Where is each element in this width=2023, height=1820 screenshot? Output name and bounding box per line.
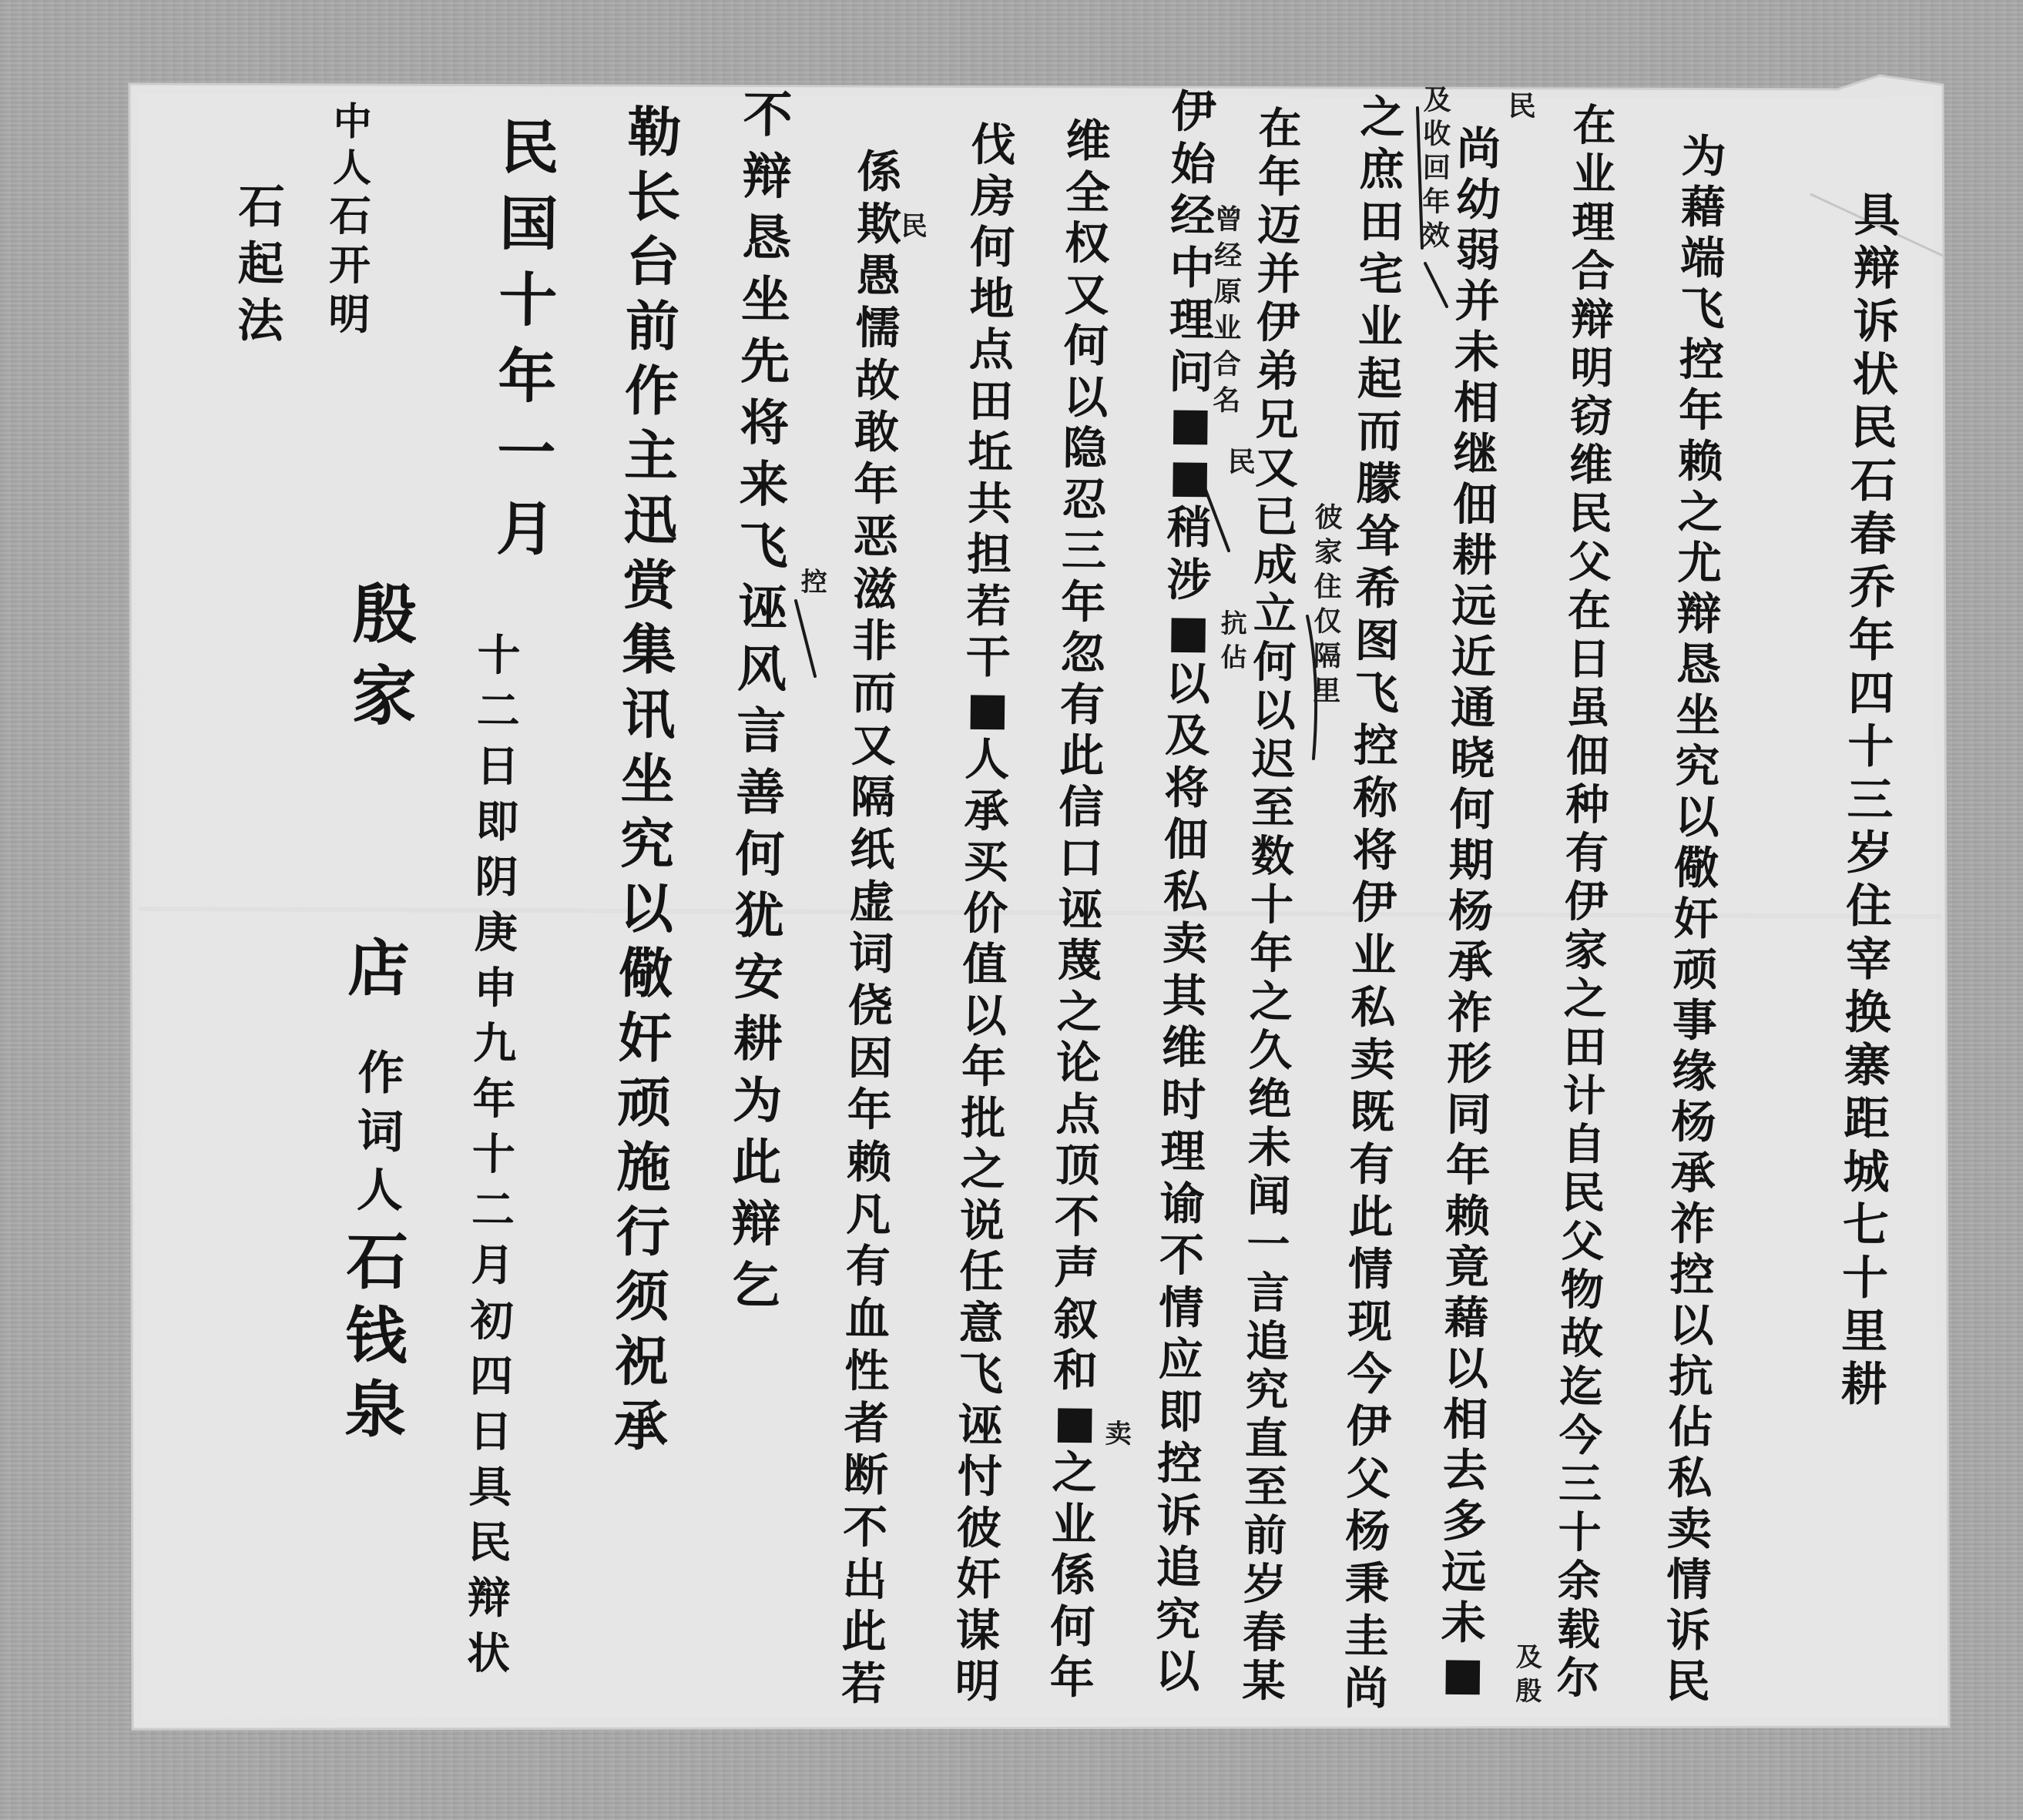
glyph: 里	[1830, 1305, 1900, 1359]
glyph: 某	[1229, 1657, 1299, 1706]
glyph: 距	[1832, 1092, 1902, 1146]
glyph: 言	[1233, 1269, 1303, 1318]
glyph: 远	[1439, 580, 1509, 632]
glyph: 忖	[944, 1450, 1015, 1502]
glyph: 佃	[1151, 813, 1221, 866]
glyph: 明	[314, 290, 384, 340]
glyph: 田	[1347, 196, 1417, 249]
glyph: 继	[1441, 428, 1511, 480]
glyph: 任	[947, 1245, 1017, 1297]
glyph: 谕	[1147, 1178, 1217, 1230]
glyph: 父	[1555, 538, 1625, 587]
glyph: 业	[1339, 928, 1409, 981]
glyph: 伊	[1340, 876, 1410, 929]
glyph: 辩	[454, 1570, 524, 1626]
glyph: 值	[950, 938, 1020, 990]
glyph: 十	[1545, 1508, 1615, 1557]
glyph: 十	[1836, 721, 1906, 775]
glyph: ■	[1153, 605, 1223, 658]
glyph: 成	[1240, 541, 1310, 590]
glyph: 前	[1230, 1511, 1300, 1560]
glyph: 同	[1434, 1088, 1504, 1140]
glyph: 之	[1665, 487, 1735, 538]
glyph: 至	[1238, 783, 1308, 833]
glyph: 之	[1550, 974, 1620, 1024]
glyph: 及	[1418, 83, 1457, 118]
glyph: 换	[1833, 986, 1903, 1040]
glyph: 虽	[1553, 683, 1623, 732]
interlinear-note: 民	[1223, 445, 1261, 480]
glyph: 承	[606, 1393, 676, 1459]
glyph: 开	[315, 240, 385, 290]
glyph: 言	[726, 700, 797, 763]
signature-mark: 殷家	[349, 574, 420, 738]
glyph: 又	[1052, 269, 1122, 320]
glyph: 此	[722, 1131, 792, 1194]
glyph: 忽	[1048, 627, 1118, 679]
glyph: 奸	[944, 1553, 1014, 1604]
glyph: 口	[1046, 832, 1116, 883]
glyph: 赖	[1433, 1190, 1503, 1242]
glyph: 竟	[1432, 1241, 1502, 1292]
glyph: 赖	[1666, 436, 1736, 488]
date-republic: 民国十年一月	[491, 109, 565, 568]
glyph: 年	[949, 1041, 1019, 1092]
glyph: 七	[1830, 1198, 1901, 1252]
glyph: 坐	[1663, 689, 1733, 741]
glyph: 因	[835, 1032, 905, 1085]
glyph: 为	[723, 1070, 793, 1132]
glyph: 台	[618, 230, 688, 295]
glyph: 父	[1548, 1217, 1618, 1266]
glyph: 及	[1152, 709, 1223, 762]
glyph: 年	[1245, 153, 1315, 203]
glyph: 纸	[837, 823, 907, 876]
glyph: 并	[1243, 250, 1313, 300]
glyph: 祝	[606, 1329, 676, 1394]
glyph: 家	[349, 655, 419, 738]
glyph: 血	[833, 1293, 903, 1346]
glyph: 情	[1146, 1282, 1216, 1334]
glyph: 干	[953, 631, 1023, 682]
glyph: 之	[1236, 977, 1306, 1027]
glyph: 又	[838, 719, 908, 773]
glyph: 伐	[958, 119, 1028, 171]
glyph: 及	[1510, 1641, 1548, 1675]
glyph: 年	[1048, 576, 1119, 628]
glyph: 懦	[843, 303, 913, 356]
glyph: 之	[1044, 986, 1114, 1037]
glyph: 迟	[1239, 735, 1309, 784]
glyph: 民	[495, 109, 565, 186]
glyph: 泉	[341, 1373, 411, 1447]
interlinear-note: 民	[895, 209, 934, 244]
glyph: 耸	[1344, 509, 1414, 562]
glyph: 诉	[1144, 1490, 1214, 1542]
glyph: 佃	[1553, 732, 1623, 781]
glyph: 勒	[619, 100, 689, 166]
glyph: 控	[1667, 334, 1737, 386]
glyph: 相	[1441, 377, 1511, 429]
glyph: 辩	[732, 146, 802, 209]
glyph: 诬	[1045, 883, 1116, 935]
glyph: 隔	[1308, 639, 1347, 675]
glyph: 而	[1344, 405, 1414, 458]
glyph: 直	[1232, 1414, 1302, 1463]
glyph: 石	[315, 191, 385, 241]
glyph: 之	[1039, 1446, 1109, 1498]
glyph: 现	[1335, 1295, 1405, 1348]
glyph: 者	[831, 1397, 901, 1450]
glyph: 去	[1430, 1444, 1500, 1496]
glyph: 图	[1342, 614, 1412, 667]
signature-name: 石钱泉	[341, 1225, 412, 1447]
glyph: 蔑	[1045, 934, 1115, 986]
glyph: 卖	[1099, 1417, 1138, 1452]
glyph: 国	[494, 186, 564, 263]
glyph: 辩	[721, 1193, 791, 1255]
glyph: 非	[840, 615, 910, 669]
glyph: 施	[609, 1135, 679, 1200]
glyph: 缘	[1659, 1045, 1729, 1097]
glyph: 善	[726, 762, 796, 824]
glyph: 庶	[1347, 143, 1417, 196]
glyph: 端	[1668, 233, 1738, 284]
glyph: 起	[226, 236, 296, 293]
glyph: 庚	[461, 905, 531, 961]
glyph: 儆	[1662, 842, 1732, 893]
glyph: 事	[1660, 994, 1730, 1046]
glyph: 尔	[1543, 1654, 1613, 1703]
margin-note: 及收回年效	[1417, 83, 1457, 253]
glyph: 种	[1552, 780, 1622, 830]
correction-note: 及殷	[1509, 1641, 1548, 1709]
glyph: 权	[1052, 218, 1122, 270]
glyph: 田	[956, 375, 1026, 427]
glyph: 坐	[731, 270, 801, 332]
glyph: 杨	[1436, 885, 1506, 937]
glyph: 控	[1657, 1249, 1727, 1300]
glyph: 以	[1051, 371, 1121, 423]
glyph: 卖	[1655, 1503, 1725, 1554]
glyph: 耕	[723, 1008, 793, 1071]
glyph: 此	[1047, 729, 1117, 781]
glyph: 若	[829, 1657, 899, 1711]
glyph: 仅	[1308, 605, 1347, 640]
glyph: 十	[1830, 1252, 1901, 1306]
glyph: 十	[1237, 880, 1307, 930]
glyph: 佔	[1214, 641, 1253, 675]
body-line-10: 不辩恳坐先将来飞诬风言善何犹安耕为此辩乞	[720, 85, 803, 1318]
glyph: 为	[1669, 131, 1739, 183]
glyph: 不	[830, 1501, 901, 1554]
glyph: 而	[839, 667, 909, 720]
glyph: 在	[1555, 586, 1625, 635]
glyph: 二	[463, 683, 533, 739]
glyph: 情	[1654, 1554, 1724, 1605]
glyph: 係	[844, 146, 914, 199]
glyph: 不	[733, 85, 803, 147]
glyph: 民	[1653, 1655, 1723, 1707]
glyph: 以	[949, 990, 1019, 1041]
glyph: 迅	[616, 488, 686, 554]
glyph: 一	[1233, 1220, 1303, 1269]
glyph: 晓	[1438, 732, 1508, 784]
glyph: 计	[1549, 1071, 1619, 1121]
glyph: 叙	[1041, 1293, 1111, 1345]
glyph: 滋	[840, 563, 911, 616]
glyph: 收	[1417, 117, 1456, 152]
glyph: 石	[1839, 455, 1909, 509]
glyph: 隐	[1050, 423, 1120, 474]
glyph: 即	[1146, 1386, 1216, 1438]
glyph: 朦	[1344, 458, 1414, 511]
glyph: 里	[1307, 674, 1346, 709]
glyph: 中	[317, 99, 387, 146]
glyph: 诬	[945, 1399, 1015, 1451]
glyph: 殷	[1509, 1674, 1548, 1709]
glyph: 谋	[943, 1604, 1013, 1656]
glyph: 希	[1343, 561, 1413, 615]
glyph: 私	[1151, 866, 1221, 918]
glyph: 迄	[1546, 1362, 1616, 1412]
glyph: 圭	[1332, 1609, 1402, 1662]
glyph: 究	[1232, 1366, 1302, 1415]
glyph: 彼	[944, 1502, 1015, 1554]
glyph: 承	[1435, 936, 1505, 987]
glyph: 顽	[609, 1070, 679, 1135]
glyph: 载	[1544, 1605, 1614, 1654]
glyph: 买	[951, 836, 1022, 887]
glyph: 以	[1142, 1645, 1213, 1698]
glyph: 三	[1049, 525, 1119, 576]
glyph: 日	[456, 1403, 526, 1460]
glyph: 窃	[1556, 393, 1626, 442]
glyph: 诉	[1653, 1604, 1723, 1656]
glyph: 以	[1431, 1342, 1501, 1394]
glyph: 稍	[1155, 501, 1225, 554]
glyph: 状	[454, 1625, 524, 1681]
glyph: 伊	[1552, 877, 1622, 927]
glyph: 称	[1340, 771, 1411, 824]
glyph: 耕	[1829, 1358, 1899, 1412]
glyph: 此	[829, 1606, 899, 1659]
witness-label: 中人	[317, 99, 387, 192]
glyph: 奸	[1661, 893, 1731, 944]
glyph: 诬	[727, 577, 797, 639]
glyph: 相	[1431, 1393, 1501, 1445]
glyph: 抗	[1215, 607, 1253, 642]
glyph: 伊	[1159, 86, 1229, 139]
glyph: 乔	[1837, 561, 1907, 615]
glyph: 若	[954, 580, 1024, 632]
glyph: 批	[948, 1092, 1018, 1144]
glyph: 久	[1236, 1026, 1306, 1075]
glyph: 城	[1831, 1145, 1901, 1199]
glyph: 和	[1041, 1344, 1111, 1396]
glyph: 隔	[838, 772, 908, 825]
glyph: 九	[460, 1016, 530, 1072]
glyph: 抗	[1656, 1350, 1726, 1402]
glyph: 即	[462, 794, 532, 850]
glyph: 民	[455, 1514, 525, 1570]
glyph: 人	[952, 733, 1022, 785]
glyph: 尤	[1665, 537, 1735, 588]
glyph: 有	[1048, 679, 1118, 730]
glyph: 飞	[1667, 283, 1737, 335]
glyph: 人	[345, 1161, 415, 1221]
glyph: 春	[1230, 1608, 1300, 1657]
glyph: 未	[1234, 1123, 1304, 1172]
glyph: 凡	[834, 1188, 904, 1242]
glyph: 近	[1438, 631, 1508, 682]
glyph: 担	[954, 528, 1025, 580]
glyph: 愚	[844, 250, 914, 303]
glyph: 以	[1239, 686, 1309, 736]
glyph: 寨	[1833, 1039, 1903, 1093]
glyph: 辩	[1664, 588, 1734, 639]
glyph: 闻	[1234, 1171, 1304, 1221]
glyph: 至	[1231, 1463, 1301, 1512]
glyph: 石	[342, 1225, 412, 1299]
signature-role: 作词人	[345, 1044, 416, 1221]
glyph: 忍	[1049, 474, 1119, 525]
glyph: 坐	[612, 746, 683, 812]
glyph: 何	[1437, 783, 1507, 835]
witness-name: 石起法	[226, 179, 297, 350]
glyph: 房	[958, 170, 1028, 222]
glyph: 论	[1044, 1037, 1114, 1088]
glyph: ■	[1155, 450, 1225, 502]
glyph: 性	[832, 1345, 902, 1398]
glyph: 原	[1209, 274, 1247, 311]
glyph: 曾	[1209, 202, 1248, 239]
glyph: 集	[614, 617, 684, 682]
glyph: 诉	[1841, 296, 1911, 350]
glyph: 词	[345, 1103, 415, 1162]
glyph: 效	[1417, 219, 1455, 253]
glyph: 具	[455, 1459, 525, 1515]
glyph: 业	[1039, 1498, 1109, 1550]
interlinear-note: 民	[1503, 89, 1542, 124]
glyph: 耕	[1440, 529, 1510, 581]
glyph: 祚	[1658, 1198, 1728, 1249]
glyph: 四	[1837, 668, 1907, 722]
glyph: 藉	[1431, 1292, 1501, 1343]
glyph: 四	[456, 1348, 526, 1404]
glyph: 赖	[834, 1137, 904, 1190]
glyph: 敢	[842, 407, 912, 460]
glyph: 全	[1053, 166, 1123, 218]
glyph: 私	[1655, 1452, 1725, 1503]
glyph: 余	[1545, 1557, 1615, 1606]
glyph: 三	[1835, 774, 1905, 828]
glyph: 说	[948, 1195, 1018, 1246]
glyph: 恳	[1663, 639, 1733, 690]
glyph: 主	[616, 424, 686, 489]
glyph: 信	[1046, 781, 1116, 833]
glyph: 来	[729, 454, 799, 517]
glyph: 岁	[1834, 826, 1904, 880]
glyph: 年	[1433, 1139, 1503, 1191]
glyph: 儆	[611, 940, 681, 1006]
glyph: 宅	[1346, 248, 1416, 301]
glyph: 月	[491, 491, 561, 568]
glyph: 点	[1043, 1088, 1113, 1140]
glyph: 已	[1241, 493, 1311, 542]
glyph: 故	[842, 354, 912, 407]
glyph: 起	[1345, 353, 1415, 406]
glyph: 坵	[955, 427, 1025, 478]
glyph: 初	[457, 1292, 527, 1349]
glyph: 年	[1037, 1651, 1107, 1703]
glyph: 犹	[724, 885, 794, 947]
glyph: 年	[841, 459, 911, 512]
glyph: 应	[1146, 1333, 1216, 1386]
glyph: 家	[1309, 535, 1347, 571]
glyph: 维	[1053, 116, 1123, 167]
glyph: 秉	[1332, 1557, 1402, 1610]
glyph: 明	[942, 1655, 1012, 1707]
glyph: 年	[1666, 385, 1736, 437]
glyph: 月	[458, 1237, 528, 1293]
glyph: 赏	[615, 552, 685, 618]
glyph: 顶	[1042, 1139, 1112, 1191]
glyph: 共	[954, 478, 1025, 529]
glyph: 十	[464, 628, 534, 684]
glyph: 十	[458, 1126, 528, 1182]
glyph: 顽	[1660, 944, 1730, 995]
date-lunar: 十二日即阴庚申九年十二月初四日具民辩状	[454, 628, 534, 1682]
glyph: 数	[1237, 832, 1307, 881]
glyph: 维	[1149, 1021, 1220, 1074]
glyph: 自	[1548, 1120, 1619, 1169]
glyph: ■	[953, 682, 1023, 734]
glyph: 父	[1334, 1452, 1404, 1505]
glyph: 以	[612, 876, 682, 941]
interlinear-note: 卖	[1099, 1417, 1138, 1452]
glyph: 控	[1341, 719, 1411, 772]
glyph: 风	[727, 639, 797, 701]
glyph: 业	[1208, 310, 1246, 347]
glyph: 以	[1662, 791, 1732, 843]
glyph: 不	[1147, 1229, 1217, 1282]
glyph: 尚	[1331, 1661, 1401, 1714]
glyph: 点	[957, 324, 1027, 376]
glyph: 阴	[461, 850, 532, 906]
glyph: 始	[1159, 138, 1229, 190]
glyph: 前	[617, 294, 687, 360]
glyph: 迈	[1244, 202, 1314, 251]
glyph: 行	[608, 1199, 678, 1265]
glyph: 在	[1559, 102, 1629, 151]
glyph: 之	[948, 1143, 1018, 1195]
glyph: 将	[730, 393, 800, 455]
glyph: 不	[1042, 1191, 1112, 1242]
interlinear-note: 曾经原业合名	[1207, 202, 1248, 420]
glyph: 究	[1143, 1594, 1213, 1646]
glyph: 石	[226, 179, 297, 236]
glyph: 绝	[1235, 1074, 1305, 1124]
glyph: 恳	[731, 208, 801, 270]
glyph: 祚	[1435, 987, 1505, 1038]
glyph: 辩	[1842, 243, 1912, 297]
glyph: 民	[895, 209, 934, 244]
glyph: 杨	[1333, 1504, 1403, 1557]
glyph: 词	[837, 928, 907, 981]
glyph: 价	[951, 887, 1021, 939]
glyph: 卖	[1150, 917, 1220, 970]
